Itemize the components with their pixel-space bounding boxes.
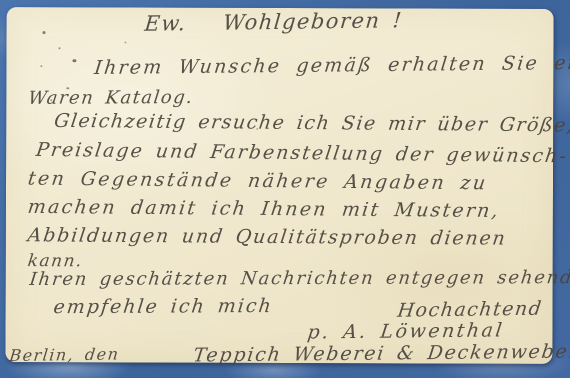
company-line: Teppich Weberei & Deckenweberei [192, 340, 570, 366]
foxing-spot [40, 65, 42, 67]
handwriting-line-5: ten Gegenstände nähere Angaben zu [27, 168, 490, 195]
place-date-line: Berlin, den [8, 344, 120, 365]
handwriting-line-10: empfehle ich mich [52, 295, 274, 318]
handwriting-line-1: Ihrem Wunsche gemäß erhalten Sie einen [93, 52, 570, 80]
handwriting-line-6: machen damit ich Ihnen mit Mustern, [26, 196, 501, 222]
foxing-spot [43, 31, 46, 34]
foxing-spot [58, 47, 60, 49]
closing-line: Hochachtend [396, 298, 544, 322]
foxing-spot [124, 41, 126, 43]
handwriting-line-4: Preislage und Farbenstellung der gewünsc… [35, 139, 570, 167]
handwriting-line-9: Ihren geschätzten Nachrichten entgegen s… [28, 267, 570, 290]
postcard-paper: Ew. Wohlgeboren ! Ihrem Wunsche gemäß er… [5, 7, 553, 364]
handwriting-line-7: Abbildungen und Qualitätsproben dienen [26, 224, 508, 249]
handwriting-line-2: Waren Katalog. [27, 87, 195, 109]
signature-line: p. A. Löwenthal [306, 319, 505, 343]
scan-background: Ew. Wohlgeboren ! Ihrem Wunsche gemäß er… [0, 0, 570, 378]
handwriting-line-3: Gleichzeitig ersuche ich Sie mir über Gr… [53, 110, 570, 137]
salutation-line: Ew. Wohlgeboren ! [143, 8, 403, 36]
foxing-spot [72, 59, 76, 62]
